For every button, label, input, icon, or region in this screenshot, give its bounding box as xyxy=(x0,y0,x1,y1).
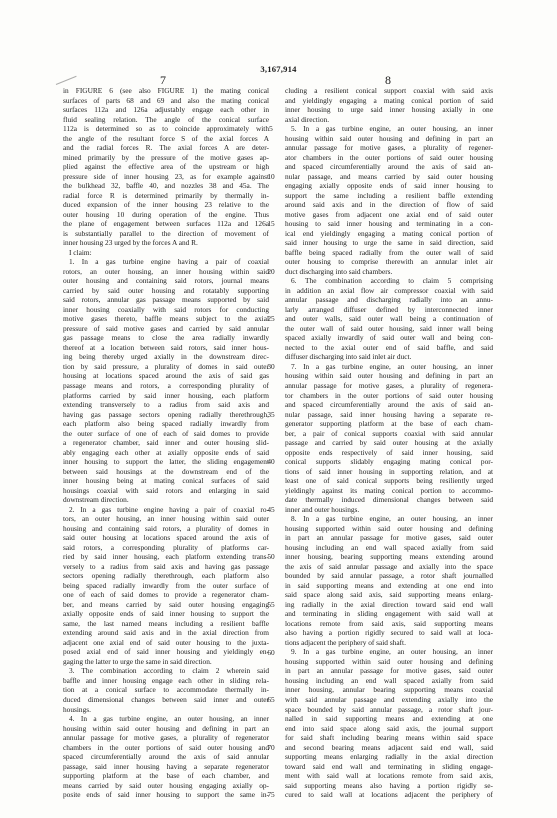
text-line: downstream direction. xyxy=(63,495,269,505)
text-line: housing within said outer housing and de… xyxy=(285,134,493,144)
text-line: each platform also being spaced radially… xyxy=(63,419,269,429)
text-line: in addition an axial flow air compressor… xyxy=(285,286,493,296)
text-line: larly arranged diffuser defined by inter… xyxy=(285,305,493,315)
text-line: housing supported within said outer hous… xyxy=(285,657,493,667)
text-line: said rotors, annular gas passage means s… xyxy=(63,295,269,305)
text-line: nular passage, and means carried by said… xyxy=(285,172,493,182)
text-line: and second bearing means adjacent said e… xyxy=(285,743,493,753)
text-line: said supporting means also having a port… xyxy=(285,781,493,791)
text-line: and the radial forces R. The axial force… xyxy=(63,143,269,153)
line-number: 15 xyxy=(262,219,280,229)
text-line: space bounded by said annular passage, a… xyxy=(285,705,493,715)
text-line: inner housing being at mating conical su… xyxy=(63,476,269,486)
text-line: housing including an end wall spaced axi… xyxy=(285,676,493,686)
text-line: one of each of said domes to provide a r… xyxy=(63,590,269,600)
text-line: extending around said axis and in the ax… xyxy=(63,628,269,638)
text-line: 2. In a gas turbine engine having a pair… xyxy=(63,505,269,515)
text-line: gaging the latter to urge the same in sa… xyxy=(63,657,269,667)
line-number: 20 xyxy=(262,267,280,277)
text-line: bounded by said annular passage, a rotor… xyxy=(285,571,493,581)
text-line: inner housing to support the latter, the… xyxy=(63,457,269,467)
text-line: 3. The combination according to claim 2 … xyxy=(63,666,269,676)
text-line: I claim: xyxy=(63,248,269,258)
text-line: tions of said inner housing in supportin… xyxy=(285,467,493,477)
text-line: being spaced radially inwardly from the … xyxy=(63,581,269,591)
text-line: housing and containing said rotors, a pl… xyxy=(63,524,269,534)
text-line: said inner housing to urge the same in s… xyxy=(285,238,493,248)
text-line: means carried by said outer housing enga… xyxy=(63,781,269,791)
patent-number: 3,167,914 xyxy=(0,64,557,74)
line-number: 55 xyxy=(262,600,280,610)
text-line: posite ends of said inner housing to sup… xyxy=(63,790,269,800)
text-line: the plane of engagement between surfaces… xyxy=(63,219,269,229)
text-line: tor chambers in the outer portions of sa… xyxy=(285,391,493,401)
text-line: 4. In a gas turbine engine, an outer hou… xyxy=(63,714,269,724)
text-line: axial direction. xyxy=(285,115,493,125)
text-line: thereof at a location between said rotor… xyxy=(63,343,269,353)
text-line: passage and carried by said outer housin… xyxy=(285,438,493,448)
text-line: baffle and inner housing engage each oth… xyxy=(63,676,269,686)
text-line: outer housing to comprise therewith an a… xyxy=(285,257,493,267)
text-line: date thermally induced dimensional chang… xyxy=(285,495,493,505)
text-line: in part an annular passage for motive ga… xyxy=(285,666,493,676)
text-line: 8. In a gas turbine engine, an outer hou… xyxy=(285,514,493,524)
text-line: in said supporting means and extending a… xyxy=(285,581,493,591)
text-line: supporting means enlarging radially in t… xyxy=(285,752,493,762)
line-number: 65 xyxy=(262,695,280,705)
text-line: versely to a radius from said axis and h… xyxy=(63,562,269,572)
text-line: axially opposite ends of said inner hous… xyxy=(63,609,269,619)
text-line: platforms carried by said inner housing,… xyxy=(63,391,269,401)
line-number: 50 xyxy=(262,552,280,562)
text-line: motive gases thereto, baffle means subje… xyxy=(63,314,269,324)
text-line: nalled in said supporting means and exte… xyxy=(285,714,493,724)
line-number: 25 xyxy=(262,314,280,324)
text-line: same, the last named means including a r… xyxy=(63,619,269,629)
text-line: housing within said outer housing and de… xyxy=(63,724,269,734)
text-line: rotors, an outer housing, an inner housi… xyxy=(63,267,269,277)
text-line: ical end yieldingly engaging a mating co… xyxy=(285,229,493,239)
text-line: housing supported within said outer hous… xyxy=(285,524,493,534)
text-line: inner housing coaxially with said rotors… xyxy=(63,305,269,315)
text-line: radial force R is determined primarily b… xyxy=(63,191,269,201)
text-line: inner housing to urge said inner housing… xyxy=(285,105,493,115)
text-line: having gas passage sectors opening radia… xyxy=(63,410,269,420)
text-line: motive gases from adjacent one axial end… xyxy=(285,210,493,220)
text-line: between said housings at the downstream … xyxy=(63,467,269,477)
text-line: sectors opening radially therethrough, e… xyxy=(63,571,269,581)
text-line: baffle being spaced radially from the ou… xyxy=(285,248,493,258)
text-line: inner housing, annular bearing supportin… xyxy=(285,685,493,695)
text-line: the outer wall of said outer housing, sa… xyxy=(285,324,493,334)
text-line: diffuser discharging into said inlet air… xyxy=(285,352,493,362)
text-line: tors, an outer housing, an inner housing… xyxy=(63,514,269,524)
text-line: in part an annular passage for motive ga… xyxy=(285,533,493,543)
text-line: support the same including a resilient b… xyxy=(285,191,493,201)
line-number: 45 xyxy=(262,505,280,515)
text-line: outer housing 10 during operation of the… xyxy=(63,210,269,220)
text-line: the outer surface of one of each of said… xyxy=(63,429,269,439)
text-line: gas passage means to close the area radi… xyxy=(63,333,269,343)
text-line: end into said space along said axis, the… xyxy=(285,724,493,734)
text-line: passage means and rotors, a correspondin… xyxy=(63,381,269,391)
text-line: toward said end wall and terminating in … xyxy=(285,762,493,772)
text-line: cured to said wall at locations adjacent… xyxy=(285,790,493,800)
left-text-column: in FIGURE 6 (see also FIGURE 1) the mati… xyxy=(63,86,269,800)
text-line: 7. In a gas turbine engine, an outer hou… xyxy=(285,362,493,372)
line-number: 30 xyxy=(262,362,280,372)
line-number: 60 xyxy=(262,648,280,658)
text-line: housings coaxial with said rotors and en… xyxy=(63,486,269,496)
text-line: ber, a pair of conical supports coaxial … xyxy=(285,429,493,439)
text-line: ing being thereby urged axially in the d… xyxy=(63,352,269,362)
text-line: chambers in the outer portions of said o… xyxy=(63,743,269,753)
text-line: plied against the effective area of the … xyxy=(63,162,269,172)
text-line: supporting platform at the base of each … xyxy=(63,771,269,781)
text-line: adjacent one axial end of said outer hou… xyxy=(63,638,269,648)
text-line: outer housing and containing said rotors… xyxy=(63,276,269,286)
text-line: and terminating in sliding engagement wi… xyxy=(285,609,493,619)
text-line: extending transversely to a radius from … xyxy=(63,400,269,410)
text-line: said rotors, a corresponding plurality o… xyxy=(63,543,269,553)
text-line: carried by said outer housing and rotata… xyxy=(63,286,269,296)
text-line: nular passage, said inner housing having… xyxy=(285,410,493,420)
text-line: 6. The combination according to claim 5 … xyxy=(285,276,493,286)
text-line: with said annular passage and extending … xyxy=(285,695,493,705)
text-line: around said axis and in the direction of… xyxy=(285,200,493,210)
text-line: spaced circumferentially around the axis… xyxy=(63,752,269,762)
text-line: housing to said inner housing and termin… xyxy=(285,219,493,229)
text-line: least one of said conical supports being… xyxy=(285,476,493,486)
text-line: tion at a conical surface to accommodate… xyxy=(63,685,269,695)
text-line: inner housing 23 urged by the forces A a… xyxy=(63,238,269,248)
text-line: ing radially in the axial direction towa… xyxy=(285,600,493,610)
text-line: surfaces 112a and 126a adjustably engage… xyxy=(63,105,269,115)
scan-mark xyxy=(56,76,77,85)
text-line: 9. In a gas turbine engine, an outer hou… xyxy=(285,647,493,657)
text-line: also having a portion rigidly secured to… xyxy=(285,628,493,638)
line-number: 10 xyxy=(262,172,280,182)
text-line: for said shaft including bearing means w… xyxy=(285,733,493,743)
text-line: pressure side of inner housing 23, as fo… xyxy=(63,172,269,182)
text-line: housing at locations spaced around the a… xyxy=(63,371,269,381)
text-line: opposite ends respectively of said inner… xyxy=(285,448,493,458)
text-line: pressure of said motive gases and carrie… xyxy=(63,324,269,334)
text-line: passage, said inner housing having a sep… xyxy=(63,762,269,772)
text-line: inner housing, bearing supporting means … xyxy=(285,552,493,562)
text-line: spaced axially inwardly of said outer wa… xyxy=(285,333,493,343)
text-line: ment with said wall at locations remote … xyxy=(285,771,493,781)
text-line: is substantially parallel to the directi… xyxy=(63,229,269,239)
text-line: the bulkhead 32, baffle 40, and nozzles … xyxy=(63,181,269,191)
text-line: yieldingly against its mating conical po… xyxy=(285,486,493,496)
text-line: duced dimensional changes between said i… xyxy=(63,695,269,705)
text-line: locations remote from said axis, said su… xyxy=(285,619,493,629)
text-line: conical supports slidably engaging matin… xyxy=(285,457,493,467)
text-line: duced expansion of the inner housing 23 … xyxy=(63,200,269,210)
text-line: housing within said outer housing and de… xyxy=(285,371,493,381)
text-line: in FIGURE 6 (see also FIGURE 1) the mati… xyxy=(63,86,269,96)
line-number: 40 xyxy=(262,457,280,467)
text-line: 5. In a gas turbine engine, an outer hou… xyxy=(285,124,493,134)
text-line: tions adjacent the periphery of said sha… xyxy=(285,638,493,648)
text-line: 112a is determined so as to coincide app… xyxy=(63,124,269,134)
text-line: and spaced circumferentially around the … xyxy=(285,400,493,410)
text-line: said space along said axis, said support… xyxy=(285,590,493,600)
line-number: 35 xyxy=(262,410,280,420)
text-line: fluid sealing relation. The angle of the… xyxy=(63,115,269,125)
text-line: and outer walls, said outer wall being a… xyxy=(285,314,493,324)
text-line: annular passage for motive gases, a plur… xyxy=(285,381,493,391)
text-line: housings. xyxy=(63,705,269,715)
text-line: the axis of said annular passage and axi… xyxy=(285,562,493,572)
text-line: ator chambers in the outer portions of s… xyxy=(285,153,493,163)
text-line: and spaced circumferentially around the … xyxy=(285,162,493,172)
text-line: annular passage for motive gases, a plur… xyxy=(285,143,493,153)
text-line: nected to the axial outer end of said ba… xyxy=(285,343,493,353)
text-line: cluding a resilient conical support coax… xyxy=(285,86,493,96)
text-line: the angle of the resultant force S of th… xyxy=(63,134,269,144)
text-line: surfaces of parts 68 and 69 and also the… xyxy=(63,96,269,106)
text-line: said outer housing at locations spaced a… xyxy=(63,533,269,543)
text-line: a regenerator chamber, said inner and ou… xyxy=(63,438,269,448)
line-number: 70 xyxy=(262,743,280,753)
text-line: engaging axially opposite ends of said i… xyxy=(285,181,493,191)
text-line: posed axial end of said inner housing an… xyxy=(63,647,269,657)
text-line: 1. In a gas turbine engine having a pair… xyxy=(63,257,269,267)
text-line: generator supporting platform at the bas… xyxy=(285,419,493,429)
text-line: ber, and means carried by said outer hou… xyxy=(63,600,269,610)
text-line: annular passage and discharging radially… xyxy=(285,295,493,305)
text-line: mined primarily by the pressure of the m… xyxy=(63,153,269,163)
right-text-column: cluding a resilient conical support coax… xyxy=(285,86,493,800)
text-line: and yieldingly engaging a mating conical… xyxy=(285,96,493,106)
text-line: tion by said pressure, a plurality of do… xyxy=(63,362,269,372)
text-line: ried by said inner housing, each platfor… xyxy=(63,552,269,562)
line-number: 75 xyxy=(262,790,280,800)
line-number: 5 xyxy=(262,124,280,134)
text-line: housing including an end wall spaced axi… xyxy=(285,543,493,553)
text-line: ably engaging each other at axially oppo… xyxy=(63,448,269,458)
text-line: inner and outer housings. xyxy=(285,505,493,515)
text-line: annular passage for motive gases, a plur… xyxy=(63,733,269,743)
text-line: duct discharging into said chambers. xyxy=(285,267,493,277)
